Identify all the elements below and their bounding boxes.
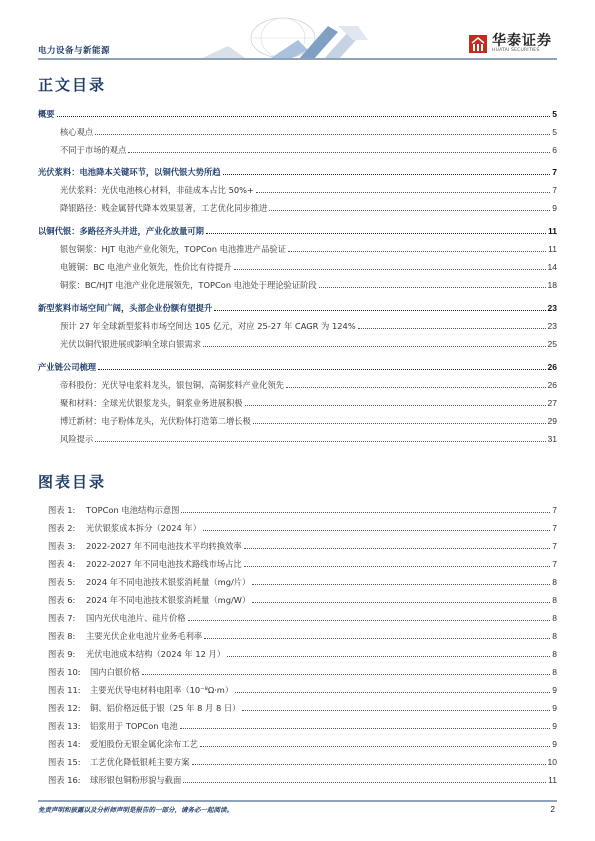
toc-entry[interactable]: 光伏浆料：电池降本关键环节，以铜代银大势所趋7 [38, 162, 557, 178]
figure-label: 球形银包铜粉形貌与截面 [90, 774, 181, 786]
leader-dots [286, 387, 546, 388]
toc-entry-label: 核心观点 [60, 126, 93, 138]
leader-dots [57, 116, 551, 117]
toc-entry[interactable]: 银包铜浆：HJT 电池产业化领先，TOPCon 电池推进产品验证11 [38, 239, 557, 255]
toc-entry-label: 新型浆料市场空间广阔，头部企业份额有望提升 [38, 302, 212, 314]
figure-entry[interactable]: 图表 12:铜、铝价格远低于银（25 年 8 月 8 日）9 [48, 698, 557, 714]
toc-entry-page: 26 [548, 361, 557, 373]
toc-entry[interactable]: 电镀铜：BC 电池产业化领先，性价比有待提升14 [38, 257, 557, 273]
figure-page: 7 [552, 540, 557, 552]
leader-dots [252, 584, 550, 585]
figure-page: 9 [552, 702, 557, 714]
figure-page: 8 [552, 594, 557, 606]
figure-entry[interactable]: 图表 15:工艺优化降低银耗主要方案10 [48, 752, 557, 768]
figure-label: 2024 年不同电池技术银浆消耗量（mg/片） [86, 576, 250, 588]
toc-entry-label: 电镀铜：BC 电池产业化领先，性价比有待提升 [60, 261, 232, 273]
header-divider [38, 58, 557, 60]
figures-toc-title: 图表目录 [38, 471, 106, 492]
leader-dots [200, 746, 550, 747]
toc-title: 正文目录 [38, 74, 106, 95]
toc-entry-label: 降银路径：贱金属替代降本效果显著，工艺优化同步推进 [60, 202, 267, 214]
toc-entry-page: 5 [552, 126, 557, 138]
leader-dots [192, 764, 546, 765]
figure-page: 8 [552, 576, 557, 588]
toc-entry-label: 铜浆：BC/HJT 电池产业化进展领先，TOPCon 电池处于理论验证阶段 [60, 279, 317, 291]
leader-dots [203, 530, 550, 531]
leader-dots [256, 192, 550, 193]
toc-entry-page: 29 [548, 415, 557, 427]
toc-entry[interactable]: 产业链公司梳理26 [38, 357, 557, 373]
toc-entry[interactable]: 降银路径：贱金属替代降本效果显著，工艺优化同步推进9 [38, 198, 557, 214]
figure-page: 11 [548, 774, 557, 786]
figure-page: 9 [552, 738, 557, 750]
figure-entry[interactable]: 图表 13:铝浆用于 TOPCon 电池9 [48, 716, 557, 732]
toc-entry-label: 以铜代银：多路径齐头并进，产业化放量可期 [38, 225, 204, 237]
toc-entry[interactable]: 新型浆料市场空间广阔，头部企业份额有望提升23 [38, 298, 557, 314]
toc-entry-label: 银包铜浆：HJT 电池产业化领先，TOPCon 电池推进产品验证 [60, 243, 286, 255]
toc-entry-label: 光伏浆料：光伏电池核心材料，非硅成本占比 50%+ [60, 184, 254, 196]
figure-entry[interactable]: 图表 8:主要光伏企业电池片业务毛利率8 [48, 626, 557, 642]
figure-number: 图表 14: [48, 738, 90, 750]
toc-entry-page: 14 [548, 261, 557, 273]
huatai-logo: 华泰证券 HUATAI SECURITIES [469, 34, 552, 54]
figure-label: 主要光伏导电材料电阻率（10⁻⁸Ω·m） [90, 684, 233, 696]
leader-dots [206, 233, 546, 234]
toc-entry[interactable]: 光伏以铜代银进展或影响全球白银需求25 [38, 334, 557, 350]
leader-dots [227, 656, 550, 657]
toc-entry[interactable]: 以铜代银：多路径齐头并进，产业化放量可期11 [38, 221, 557, 237]
leader-dots [244, 548, 551, 549]
figure-label: 光伏银浆成本拆分（2024 年） [86, 522, 201, 534]
figure-number: 图表 9: [48, 648, 86, 660]
toc-entry-page: 25 [548, 338, 557, 350]
toc-entry-page: 11 [548, 243, 557, 255]
page-header: 电力设备与新能源 华泰证券 HUATAI SECURITIES [38, 0, 557, 62]
toc-entry-label: 聚和材料：全球光伏银浆龙头，铜浆业务进展积极 [60, 397, 243, 409]
figure-number: 图表 12: [48, 702, 90, 714]
page-number: 2 [551, 805, 555, 814]
footer-disclaimer: 免责声明和披露以及分析师声明是报告的一部分，请务必一起阅读。 [38, 805, 233, 814]
leader-dots [244, 566, 551, 567]
figure-number: 图表 1: [48, 504, 86, 516]
figure-entry[interactable]: 图表 6:2024 年不同电池技术银浆消耗量（mg/W）8 [48, 590, 557, 606]
toc-entry-page: 9 [552, 202, 557, 214]
figure-page: 8 [552, 612, 557, 624]
figure-label: 国内白银价格 [90, 666, 140, 678]
figure-label: TOPCon 电池结构示意图 [86, 504, 179, 516]
leader-dots [128, 152, 550, 153]
leader-dots [181, 512, 550, 513]
toc-entry[interactable]: 博迁新材：电子粉体龙头，光伏粉体打造第二增长极29 [38, 411, 557, 427]
figure-number: 图表 6: [48, 594, 86, 606]
figure-label: 国内光伏电池片、硅片价格 [86, 612, 186, 624]
leader-dots [142, 674, 550, 675]
toc-entry[interactable]: 概要5 [38, 104, 557, 120]
leader-dots [223, 174, 551, 175]
toc-entry-page: 6 [552, 144, 557, 156]
toc-entry-label: 预计 27 年全球新型浆料市场空间达 105 亿元，对应 25-27 年 CAG… [60, 320, 356, 332]
leader-dots [252, 602, 550, 603]
toc-entry-label: 博迁新材：电子粉体龙头，光伏粉体打造第二增长极 [60, 415, 251, 427]
figure-entry[interactable]: 图表 7:国内光伏电池片、硅片价格8 [48, 608, 557, 624]
header-decoration-graphic [198, 10, 368, 60]
figure-entry[interactable]: 图表 16:球形银包铜粉形貌与截面11 [48, 770, 557, 786]
leader-dots [358, 328, 546, 329]
leader-dots [98, 369, 545, 370]
leader-dots [253, 423, 546, 424]
leader-dots [204, 638, 550, 639]
leader-dots [288, 251, 546, 252]
figure-page: 8 [552, 666, 557, 678]
leader-dots [203, 346, 545, 347]
toc-entry[interactable]: 光伏浆料：光伏电池核心材料，非硅成本占比 50%+7 [38, 180, 557, 196]
toc-entry-page: 26 [548, 379, 557, 391]
toc-entry[interactable]: 聚和材料：全球光伏银浆龙头，铜浆业务进展积极27 [38, 393, 557, 409]
figure-page: 8 [552, 630, 557, 642]
toc-entry-label: 光伏浆料：电池降本关键环节，以铜代银大势所趋 [38, 166, 221, 178]
figure-page: 7 [552, 558, 557, 570]
toc-entry-page: 7 [552, 184, 557, 196]
figure-entry[interactable]: 图表 4:2022-2027 年不同电池技术路线市场占比7 [48, 554, 557, 570]
toc-entry-label: 风险提示 [60, 433, 93, 445]
toc-entry-label: 不同于市场的观点 [60, 144, 126, 156]
toc-entry[interactable]: 核心观点5 [38, 122, 557, 138]
leader-dots [235, 692, 550, 693]
figure-label: 光伏电池成本结构（2024 年 12 月） [86, 648, 225, 660]
figure-number: 图表 3: [48, 540, 86, 552]
leader-dots [269, 210, 550, 211]
logo-english-text: HUATAI SECURITIES [492, 48, 552, 54]
figure-number: 图表 5: [48, 576, 86, 588]
figure-number: 图表 4: [48, 558, 86, 570]
figure-entry[interactable]: 图表 9:光伏电池成本结构（2024 年 12 月）8 [48, 644, 557, 660]
toc-entry-label: 概要 [38, 108, 55, 120]
huatai-logo-icon [469, 35, 487, 53]
leader-dots [188, 620, 551, 621]
figure-page: 9 [552, 684, 557, 696]
figure-number: 图表 11: [48, 684, 90, 696]
toc-entry[interactable]: 预计 27 年全球新型浆料市场空间达 105 亿元，对应 25-27 年 CAG… [38, 316, 557, 332]
figure-page: 9 [552, 720, 557, 732]
toc-entry-label: 产业链公司梳理 [38, 361, 96, 373]
figure-page: 8 [552, 648, 557, 660]
figure-label: 爱旭股份无银金属化涂布工艺 [90, 738, 198, 750]
leader-dots [95, 441, 545, 442]
toc-entry-label: 光伏以铜代银进展或影响全球白银需求 [60, 338, 201, 350]
toc-entry-page: 31 [548, 433, 557, 445]
logo-chinese-text: 华泰证券 [492, 34, 552, 48]
figure-number: 图表 8: [48, 630, 86, 642]
figure-label: 2024 年不同电池技术银浆消耗量（mg/W） [86, 594, 250, 606]
figure-page: 10 [548, 756, 557, 768]
toc-entry-page: 27 [548, 397, 557, 409]
figure-label: 主要光伏企业电池片业务毛利率 [86, 630, 202, 642]
figure-number: 图表 13: [48, 720, 90, 732]
figure-entry[interactable]: 图表 1:TOPCon 电池结构示意图7 [48, 500, 557, 516]
figure-entry[interactable]: 图表 10:国内白银价格8 [48, 662, 557, 678]
figure-entry[interactable]: 图表 2:光伏银浆成本拆分（2024 年）7 [48, 518, 557, 534]
leader-dots [319, 287, 546, 288]
toc-entry-label: 帝科股份：光伏导电浆料龙头，银包铜、高铜浆料产业化领先 [60, 379, 284, 391]
figure-label: 2022-2027 年不同电池技术路线市场占比 [86, 558, 242, 570]
toc-entry-page: 5 [552, 108, 557, 120]
figure-label: 铝浆用于 TOPCon 电池 [90, 720, 178, 732]
figure-number: 图表 7: [48, 612, 86, 624]
figure-label: 铜、铝价格远低于银（25 年 8 月 8 日） [90, 702, 240, 714]
figure-entry[interactable]: 图表 3:2022-2027 年不同电池技术平均转换效率7 [48, 536, 557, 552]
header-section-name: 电力设备与新能源 [38, 44, 110, 56]
toc-entry[interactable]: 帝科股份：光伏导电浆料龙头，银包铜、高铜浆料产业化领先26 [38, 375, 557, 391]
toc-entry[interactable]: 铜浆：BC/HJT 电池产业化进展领先，TOPCon 电池处于理论验证阶段18 [38, 275, 557, 291]
figure-entry[interactable]: 图表 5:2024 年不同电池技术银浆消耗量（mg/片）8 [48, 572, 557, 588]
figure-number: 图表 16: [48, 774, 90, 786]
figure-entry[interactable]: 图表 14:爱旭股份无银金属化涂布工艺9 [48, 734, 557, 750]
figure-page: 7 [552, 522, 557, 534]
toc-entry-page: 23 [548, 302, 557, 314]
toc-entry[interactable]: 风险提示31 [38, 429, 557, 445]
toc-entry-page: 23 [548, 320, 557, 332]
leader-dots [214, 310, 545, 311]
toc-entry-page: 18 [548, 279, 557, 291]
leader-dots [245, 405, 546, 406]
leader-dots [95, 134, 550, 135]
toc-entry-page: 7 [552, 166, 557, 178]
footer-divider [38, 800, 557, 802]
figure-number: 图表 15: [48, 756, 90, 768]
figure-number: 图表 10: [48, 666, 90, 678]
figure-page: 7 [552, 504, 557, 516]
toc-entry[interactable]: 不同于市场的观点6 [38, 140, 557, 156]
toc-entry-page: 11 [548, 225, 557, 237]
leader-dots [180, 728, 550, 729]
leader-dots [234, 269, 546, 270]
figure-label: 工艺优化降低银耗主要方案 [90, 756, 190, 768]
figure-number: 图表 2: [48, 522, 86, 534]
leader-dots [183, 782, 546, 783]
figure-entry[interactable]: 图表 11:主要光伏导电材料电阻率（10⁻⁸Ω·m）9 [48, 680, 557, 696]
leader-dots [242, 710, 550, 711]
figure-label: 2022-2027 年不同电池技术平均转换效率 [86, 540, 242, 552]
